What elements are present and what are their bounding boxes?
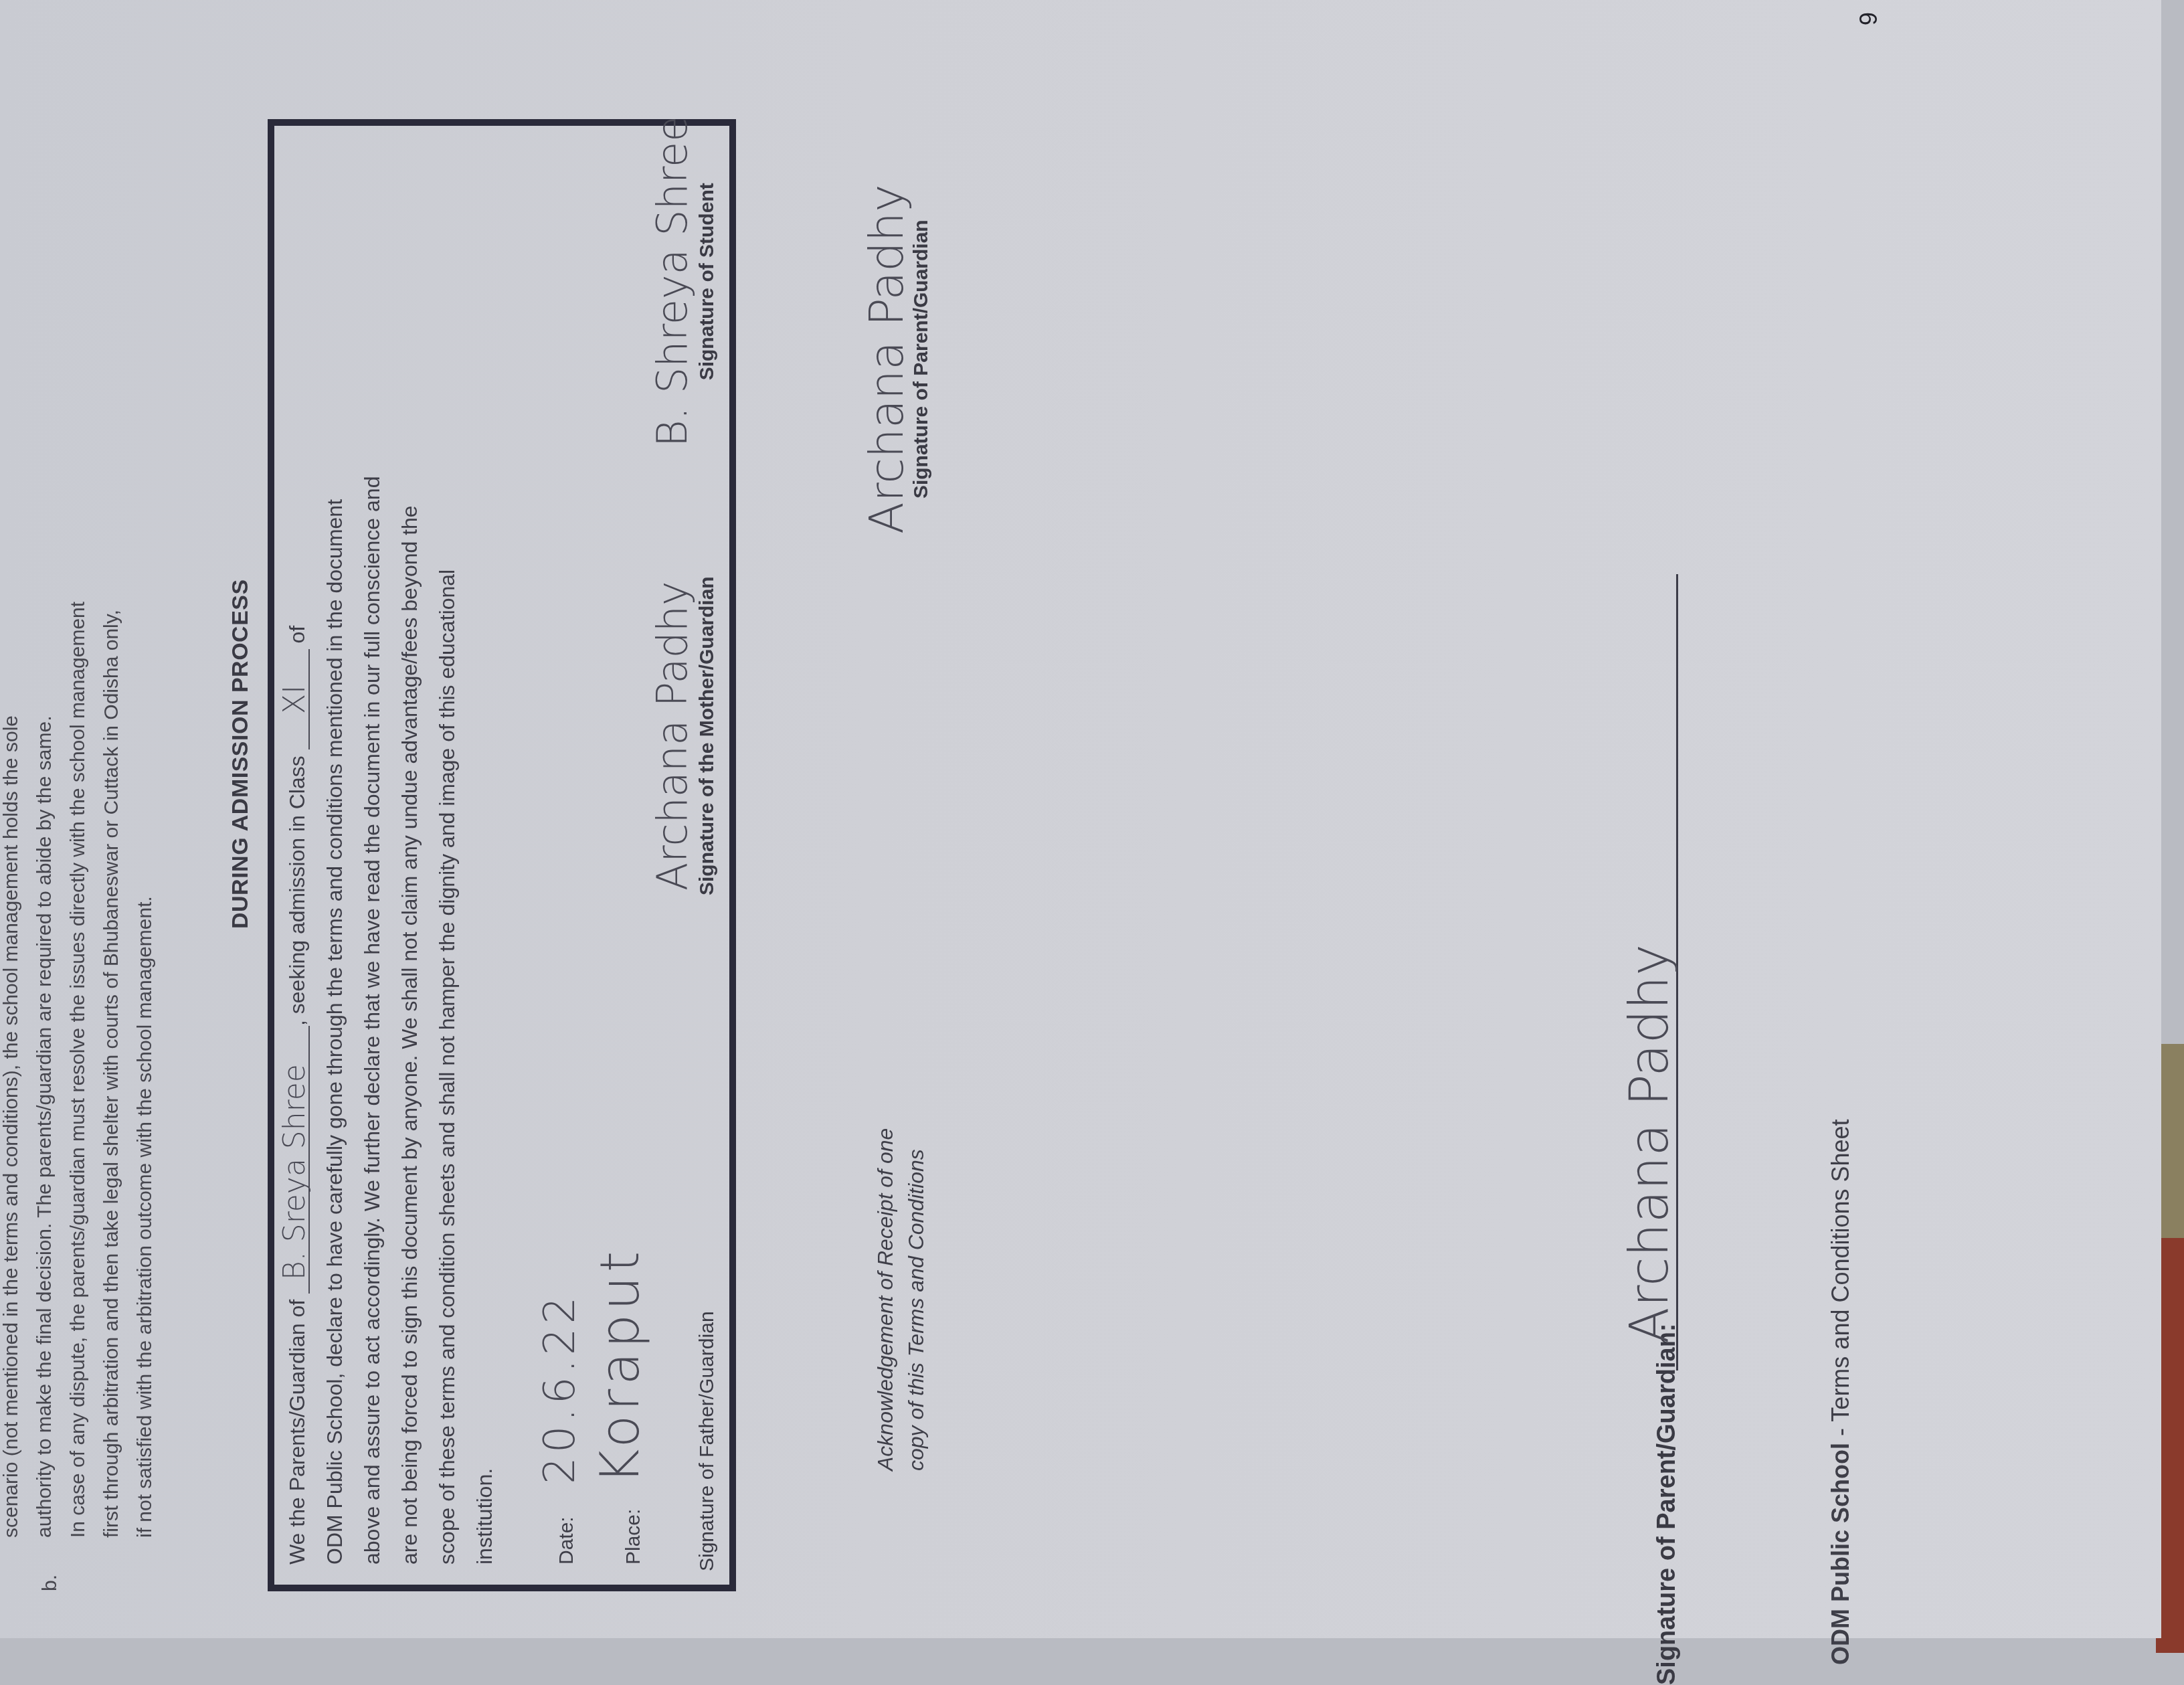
student-signature-block: B. Shreya Shree Signature of Student [649, 116, 719, 447]
mother-signature-block: Archana Padhy Signature of the Mother/Gu… [649, 576, 719, 895]
date-row: Date: 20.6.22 [555, 1516, 578, 1565]
declaration-line-1: We the Parents/Guardian of B. Sreya Shre… [278, 139, 316, 1565]
declaration-line: institution. [466, 139, 503, 1565]
father-signature-block: Signature of Father/Guardian [649, 1311, 719, 1571]
clause-b-line: In case of any dispute, the parents/guar… [62, 32, 95, 1538]
document-page: scenario (not mentioned in the terms and… [0, 0, 2161, 1638]
acknowledgement-signature-block: Archana Padhy Signature of Parent/Guardi… [863, 184, 933, 534]
student-signature[interactable]: B. Shreya Shree [649, 116, 696, 447]
mother-signature[interactable]: Archana Padhy [649, 576, 696, 895]
father-signature-label: Signature of Father/Guardian [696, 1311, 719, 1571]
declaration-suffix: of [285, 626, 309, 644]
declaration-box: We the Parents/Guardian of B. Sreya Shre… [268, 119, 736, 1591]
acknowledgement-signature[interactable]: Archana Padhy [863, 184, 910, 534]
place-label: Place: [622, 1509, 644, 1565]
father-signature[interactable] [649, 1311, 696, 1571]
clause-b-line: first through arbitration and then take … [95, 32, 128, 1538]
acknowledgement-line: copy of this Terms and Conditions [901, 1128, 931, 1471]
declaration-text: We the Parents/Guardian of B. Sreya Shre… [278, 139, 503, 1565]
acknowledgement-signature-label: Signature of Parent/Guardian [910, 184, 933, 534]
declaration-line: are not being forced to sign this docume… [391, 139, 428, 1565]
footer-school-name: ODM Public School [1827, 1443, 1854, 1638]
footer-title: ODM Public School - Terms and Conditions… [1827, 1119, 1855, 1638]
place-row: Place: Koraput [622, 1509, 645, 1565]
mother-signature-label: Signature of the Mother/Guardian [696, 576, 719, 895]
declaration-line: ODM Public School, declare to have caref… [316, 139, 353, 1565]
acknowledgement-line: Acknowledgement of Receipt of one [870, 1128, 901, 1471]
date-label: Date: [555, 1516, 577, 1565]
declaration-line: scope of these terms and condition sheet… [428, 139, 466, 1565]
footer-sheet-title: - Terms and Conditions Sheet [1827, 1119, 1854, 1443]
declaration-line: above and assure to act accordingly. We … [353, 139, 391, 1565]
clause-b-line: if not satisfied with the arbitration ou… [128, 32, 162, 1538]
terms-clause-block: scenario (not mentioned in the terms and… [0, 32, 162, 1538]
section-title: DURING ADMISSION PROCESS [227, 579, 254, 929]
declaration-prefix: We the Parents/Guardian of [285, 1300, 309, 1565]
date-value[interactable]: 20.6.22 [535, 1293, 585, 1484]
student-signature-label: Signature of Student [696, 116, 719, 447]
clause-line: authority to make the final decision. Th… [28, 32, 62, 1538]
student-name-field[interactable]: B. Sreya Shree [282, 1026, 310, 1294]
page-number: 6 [1853, 12, 1882, 25]
clause-line: scenario (not mentioned in the terms and… [0, 32, 28, 1538]
footer-signature-label: Signature of Parent/Guardian: [1653, 1323, 1681, 1638]
footer-signature[interactable]: Archana Padhy [1623, 574, 1678, 1370]
item-b-marker: b. [33, 1575, 67, 1591]
acknowledgement-text: Acknowledgement of Receipt of one copy o… [870, 1128, 931, 1471]
declaration-mid: , seeking admission in Class [285, 756, 309, 1026]
place-value[interactable]: Koraput [589, 1247, 651, 1484]
class-field[interactable]: XI [282, 649, 310, 749]
